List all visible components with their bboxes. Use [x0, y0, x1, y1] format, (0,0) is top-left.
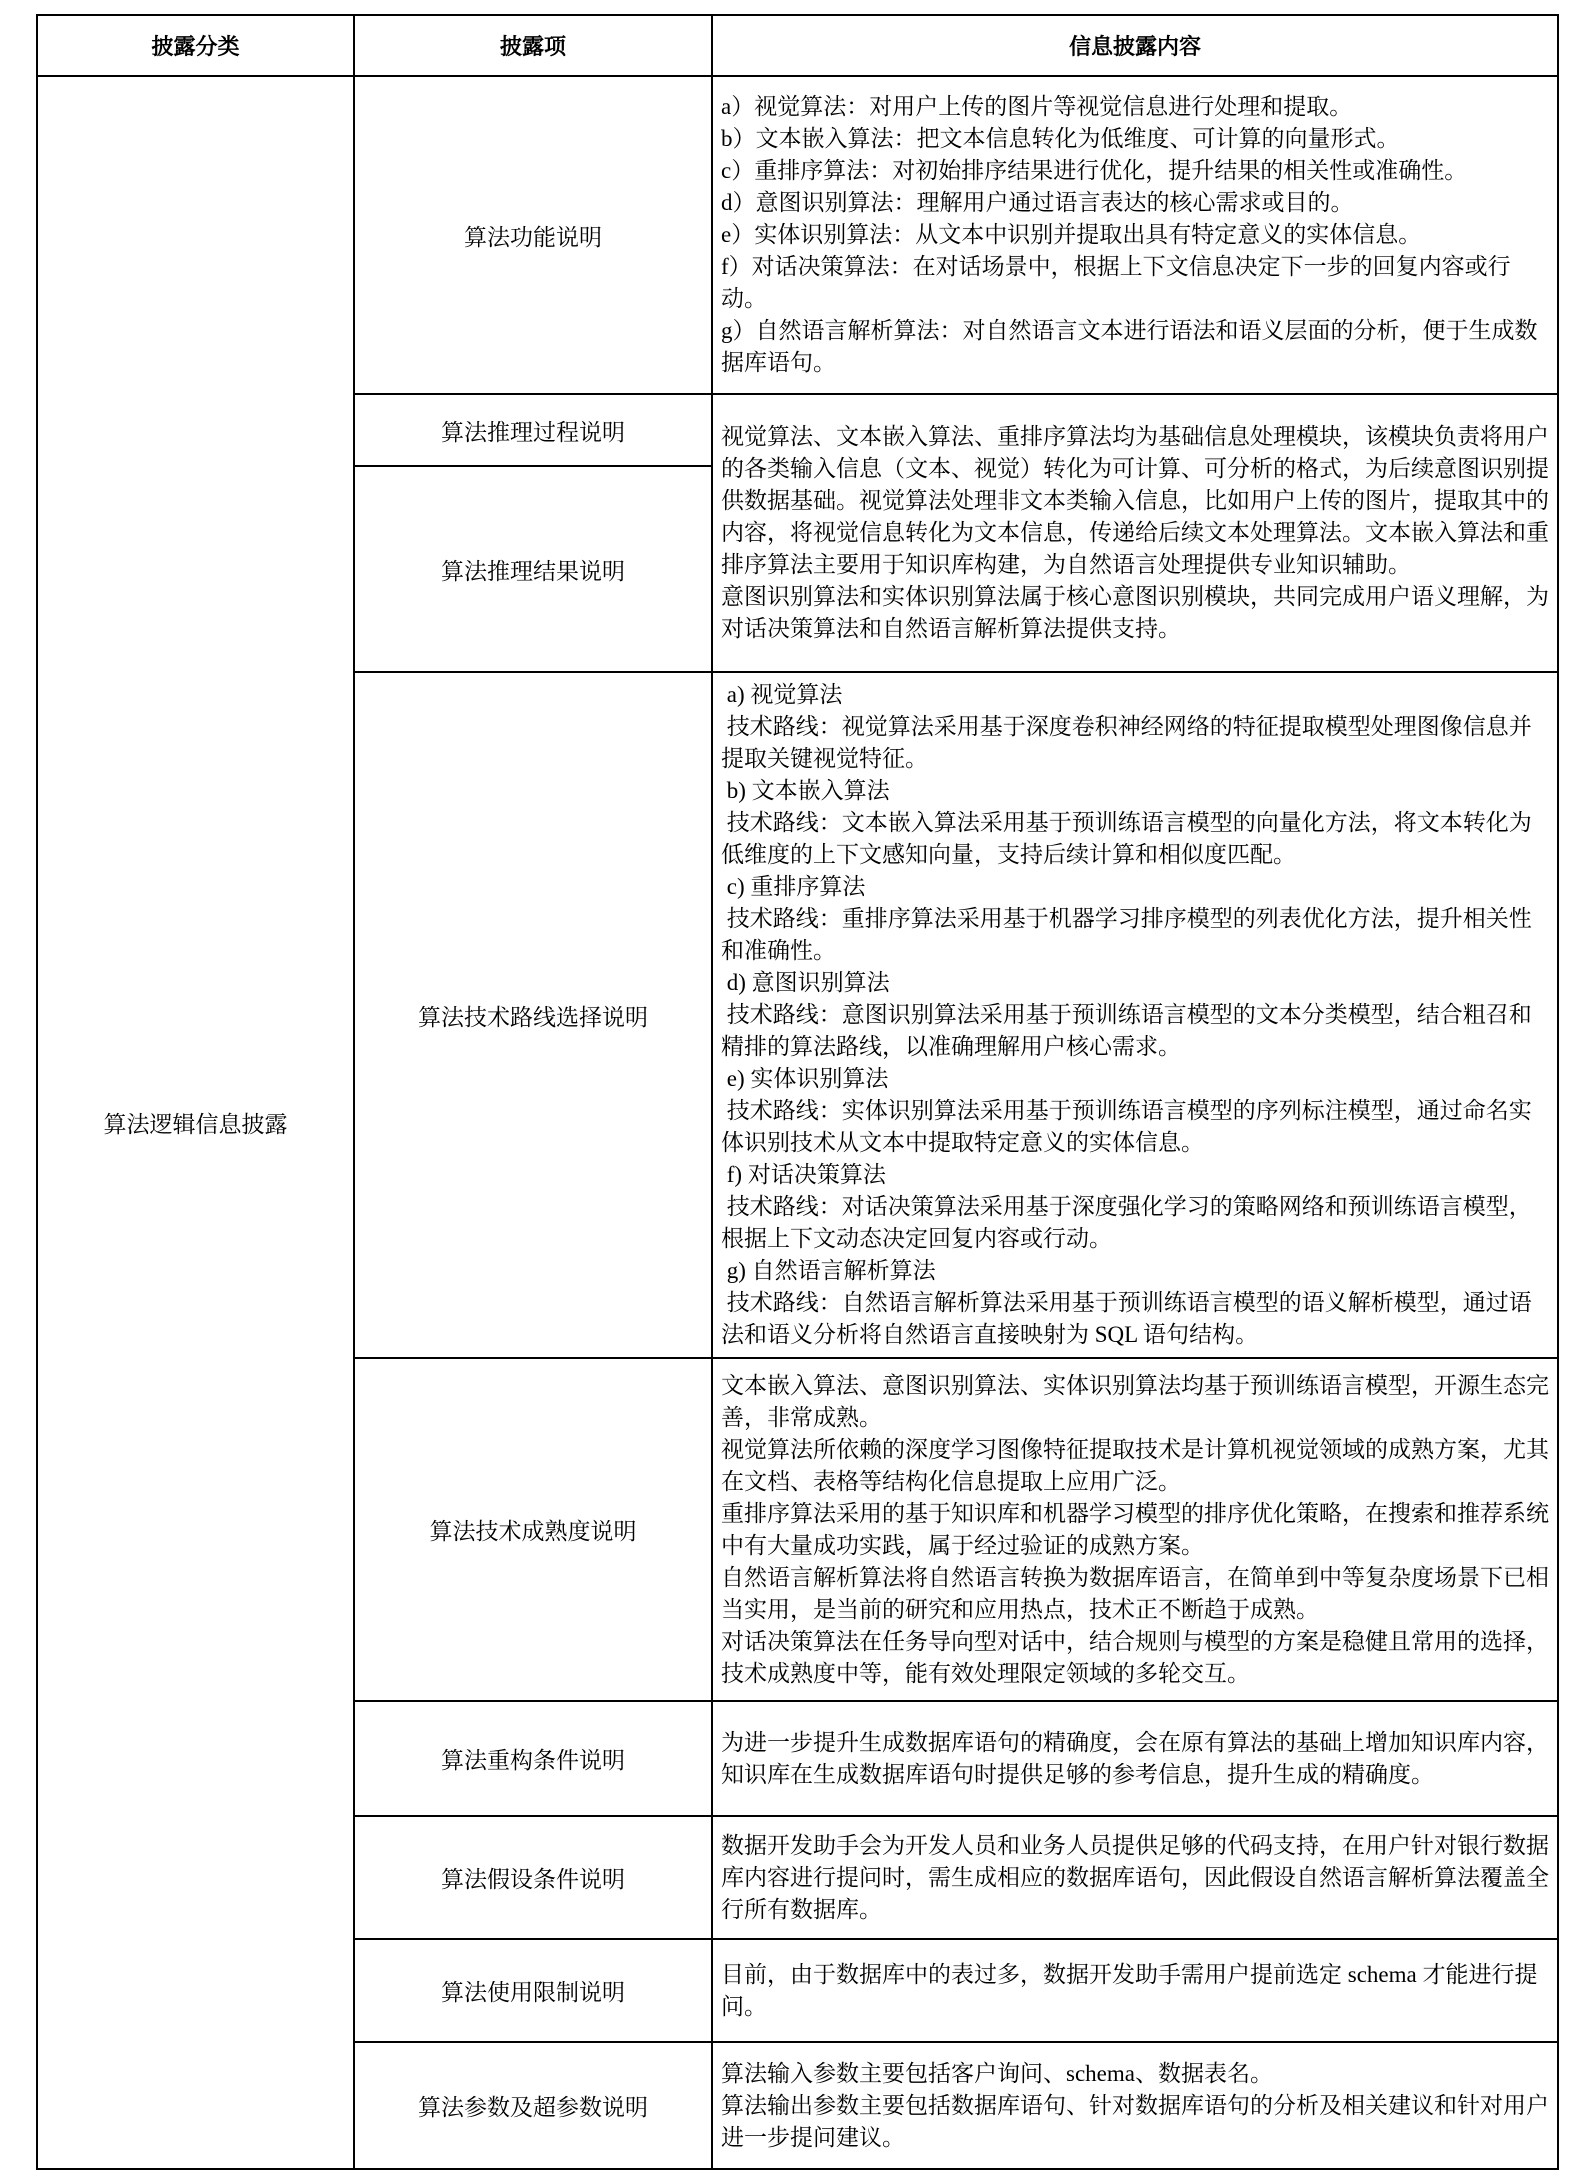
- item-cell-inference-result: 算法推理结果说明: [354, 466, 712, 672]
- category-cell: 算法逻辑信息披露: [37, 76, 354, 2169]
- header-disclosure-content: 信息披露内容: [712, 15, 1558, 76]
- item-cell-function: 算法功能说明: [354, 76, 712, 394]
- item-cell-parameters: 算法参数及超参数说明: [354, 2042, 712, 2169]
- header-row: 披露分类 披露项 信息披露内容: [37, 15, 1558, 76]
- content-cell-tech-route: a) 视觉算法 技术路线：视觉算法采用基于深度卷积神经网络的特征提取模型处理图像…: [712, 672, 1558, 1358]
- header-disclosure-item: 披露项: [354, 15, 712, 76]
- content-cell-usage-limit: 目前，由于数据库中的表过多，数据开发助手需用户提前选定 schema 才能进行提…: [712, 1939, 1558, 2042]
- table-row-function: 算法逻辑信息披露 算法功能说明 a）视觉算法：对用户上传的图片等视觉信息进行处理…: [37, 76, 1558, 394]
- item-cell-usage-limit: 算法使用限制说明: [354, 1939, 712, 2042]
- item-cell-refactor-condition: 算法重构条件说明: [354, 1701, 712, 1816]
- content-cell-function: a）视觉算法：对用户上传的图片等视觉信息进行处理和提取。 b）文本嵌入算法：把文…: [712, 76, 1558, 394]
- content-cell-maturity: 文本嵌入算法、意图识别算法、实体识别算法均基于预训练语言模型，开源生态完善，非常…: [712, 1358, 1558, 1701]
- item-cell-maturity: 算法技术成熟度说明: [354, 1358, 712, 1701]
- content-cell-assumption: 数据开发助手会为开发人员和业务人员提供足够的代码支持，在用户针对银行数据库内容进…: [712, 1816, 1558, 1939]
- disclosure-table: 披露分类 披露项 信息披露内容 算法逻辑信息披露 算法功能说明 a）视觉算法：对…: [36, 14, 1559, 2170]
- item-cell-assumption: 算法假设条件说明: [354, 1816, 712, 1939]
- content-cell-parameters: 算法输入参数主要包括客户询问、schema、数据表名。 算法输出参数主要包括数据…: [712, 2042, 1558, 2169]
- header-disclosure-category: 披露分类: [37, 15, 354, 76]
- item-cell-inference-process: 算法推理过程说明: [354, 394, 712, 466]
- item-cell-tech-route: 算法技术路线选择说明: [354, 672, 712, 1358]
- content-cell-refactor-condition: 为进一步提升生成数据库语句的精确度，会在原有算法的基础上增加知识库内容，知识库在…: [712, 1701, 1558, 1816]
- content-cell-inference: 视觉算法、文本嵌入算法、重排序算法均为基础信息处理模块，该模块负责将用户的各类输…: [712, 394, 1558, 672]
